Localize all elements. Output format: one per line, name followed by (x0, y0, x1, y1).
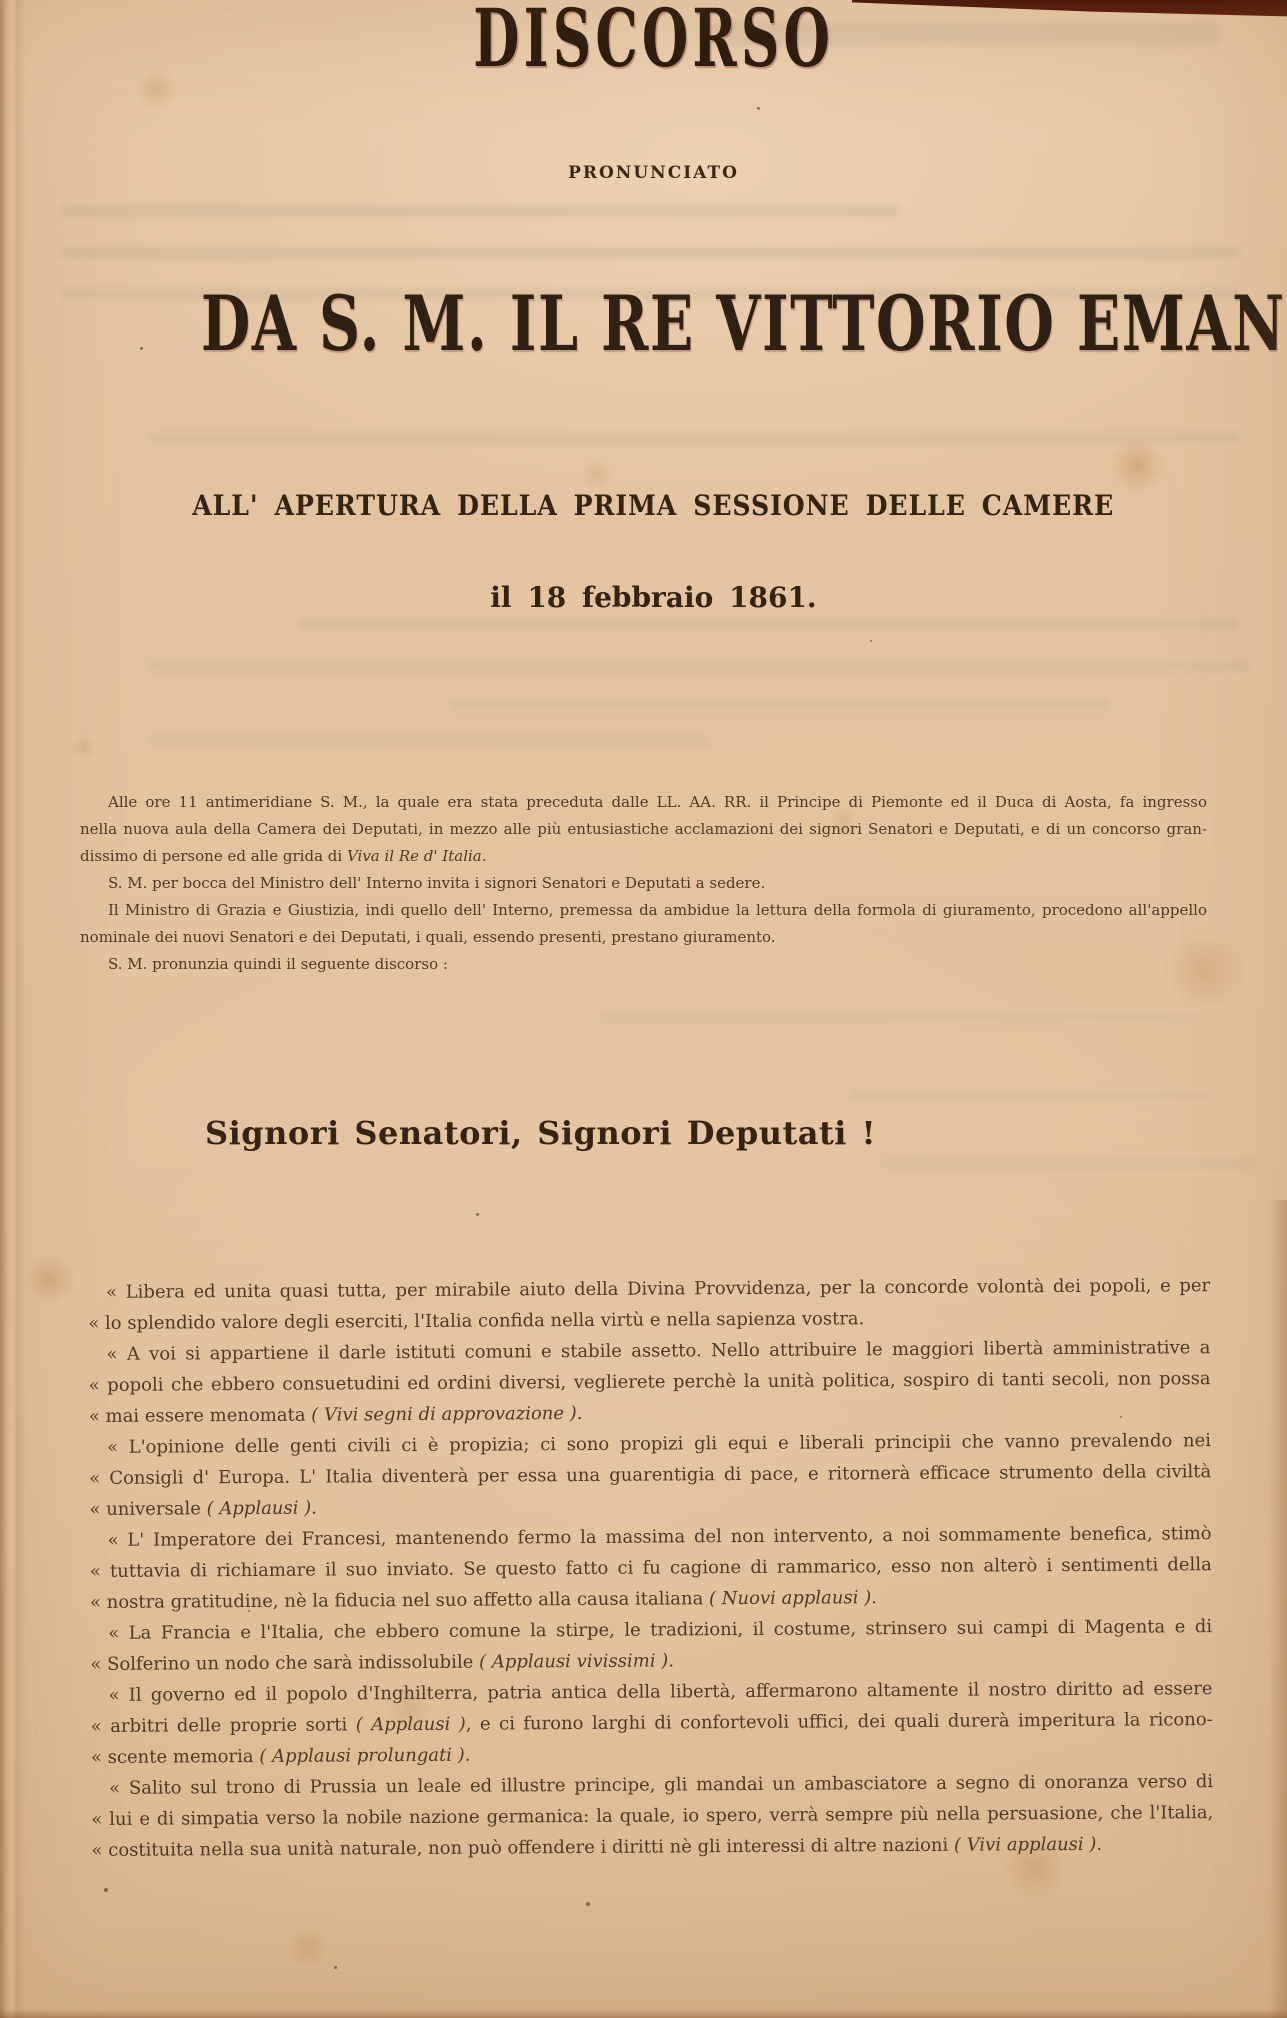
fly-speck (757, 107, 760, 110)
preamble-line: S. M. per bocca del Ministro dell' Inter… (80, 870, 1207, 897)
salutation-heading: Signori Senatori, Signori Deputati ! (205, 1114, 876, 1152)
preamble-line: nella nuova aula della Camera dei Deputa… (80, 816, 1207, 843)
speaker-line-text: DA S. M. IL RE VITTORIO EMANUELE II (201, 281, 1287, 369)
speech-block: « Libera ed unita quasi tutta, per mirab… (88, 1270, 1214, 1866)
fly-speck (870, 640, 872, 642)
paper-stain (1105, 440, 1169, 492)
page-bottom-edge (0, 2009, 1287, 2018)
occasion-line-text: ALL' APERTURA DELLA PRIMA SESSIONE DELLE… (193, 489, 1115, 522)
paper-stain (580, 460, 614, 488)
document-page: DISCORSO PRONUNCIATO DA S. M. IL RE VITT… (0, 0, 1287, 2018)
fly-speck (334, 1966, 337, 1969)
show-through-smudge (850, 1090, 1210, 1101)
show-through-smudge (60, 247, 1240, 259)
preamble-block: Alle ore 11 antimeridiane S. M., la qual… (80, 789, 1207, 978)
date-line: il 18 febbraio 1861. (40, 581, 1267, 614)
paper-stain (285, 1928, 331, 1968)
show-through-smudge (880, 1158, 1260, 1169)
preamble-line: dissimo di persone ed alle grida di Viva… (80, 843, 1207, 870)
occasion-line: ALL' APERTURA DELLA PRIMA SESSIONE DELLE… (40, 489, 1267, 522)
fly-speck (476, 1213, 479, 1216)
show-through-smudge (600, 1012, 1200, 1023)
preamble-line: Il Ministro di Grazia e Giustizia, indi … (80, 897, 1207, 924)
show-through-smudge (300, 618, 1240, 630)
fly-speck (104, 1888, 108, 1892)
show-through-smudge (150, 660, 1250, 672)
document-title-text: DISCORSO (473, 0, 834, 85)
document-title: DISCORSO (40, 0, 1267, 81)
preamble-line: S. M. pronunzia quindi il seguente disco… (80, 951, 1207, 978)
show-through-smudge (150, 432, 1240, 444)
page-right-edge (1269, 1200, 1287, 2018)
preamble-line: nominale dei nuovi Senatori e dei Deputa… (80, 924, 1207, 951)
show-through-smudge (150, 736, 710, 747)
fly-speck (586, 1902, 590, 1906)
pronounced-label: PRONUNCIATO (40, 163, 1267, 183)
paper-stain (70, 735, 98, 759)
preamble-line: Alle ore 11 antimeridiane S. M., la qual… (80, 789, 1207, 816)
speaker-line: DA S. M. IL RE VITTORIO EMANUELE II (0, 281, 1287, 367)
paper-stain (22, 1255, 78, 1303)
show-through-smudge (450, 700, 1110, 711)
show-through-smudge (60, 205, 900, 217)
